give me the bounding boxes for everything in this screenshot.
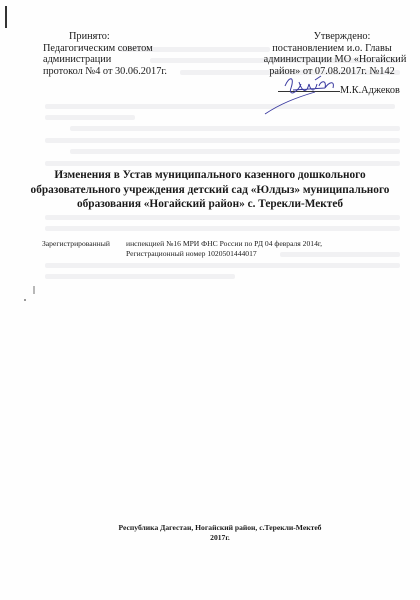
registration-label: Зарегистрированный [42, 239, 126, 249]
scan-speck [24, 299, 26, 301]
approved-line: постановлением и.о. Главы [257, 43, 407, 55]
document-title: Изменения в Устав муниципального казенно… [22, 168, 398, 212]
bleed-through [45, 115, 135, 120]
footer-place: Республика Дагестан, Ногайский район, с.… [80, 523, 360, 533]
handwritten-signature-icon [255, 74, 375, 118]
title-line: образовательного учреждения детский сад … [22, 183, 398, 198]
registration-info: Зарегистрированныйинспекцией №16 МРИ ФНС… [42, 239, 322, 259]
accepted-heading: Принято: [43, 31, 167, 43]
scan-speck [33, 286, 35, 294]
accepted-line: Педагогическим советом [43, 43, 167, 55]
bleed-through [45, 263, 400, 268]
bleed-through [45, 274, 235, 279]
accepted-line: протокол №4 от 30.06.2017г. [43, 66, 167, 78]
title-line: Изменения в Устав муниципального казенно… [22, 168, 398, 183]
registration-line: инспекцией №16 МРИ ФНС России по РД 04 ф… [126, 239, 322, 248]
footer-year: 2017г. [80, 533, 360, 543]
accepted-line: администрации [43, 54, 167, 66]
approved-line: администрации МО «Ногайский [257, 54, 407, 66]
bleed-through [70, 149, 400, 154]
scan-edge-mark [5, 6, 7, 28]
approved-stamp: Утверждено: постановлением и.о. Главы ад… [257, 31, 407, 77]
bleed-through [45, 226, 400, 231]
title-line: образования «Ногайский район» с. Терекли… [22, 197, 398, 212]
bleed-through [45, 161, 400, 166]
document-page: Принято: Педагогическим советом админист… [0, 0, 420, 600]
accepted-stamp: Принято: Педагогическим советом админист… [43, 31, 167, 77]
bleed-through [45, 138, 400, 143]
bleed-through [45, 215, 400, 220]
bleed-through [70, 126, 400, 131]
approved-heading: Утверждено: [257, 31, 407, 43]
registration-number: Регистрационный номер 1020501444017 [42, 249, 322, 259]
document-footer: Республика Дагестан, Ногайский район, с.… [80, 523, 360, 543]
